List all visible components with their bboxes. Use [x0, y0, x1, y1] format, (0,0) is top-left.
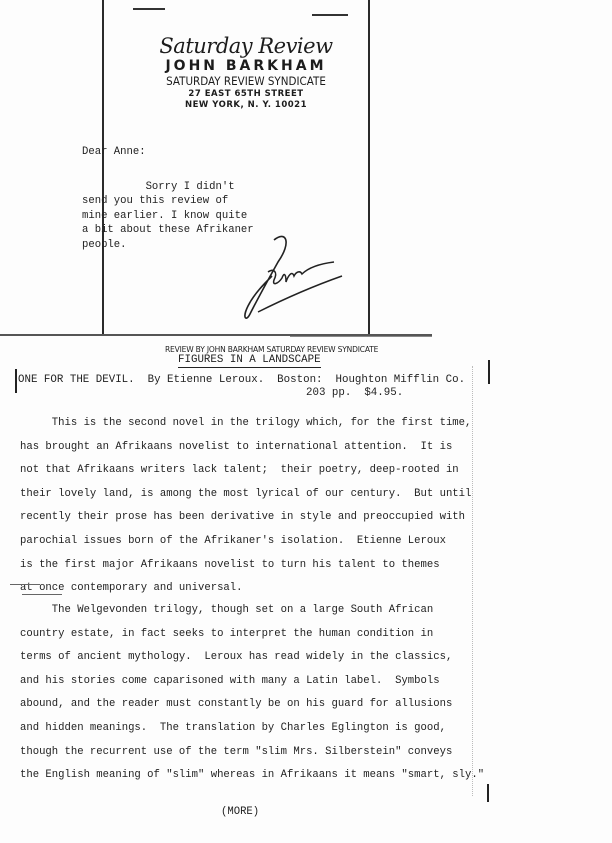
review-paragraph-1: This is the second novel in the trilogy … — [20, 412, 490, 601]
text-line: This is the second novel in the trilogy … — [20, 412, 490, 436]
text-line: recently their prose has been derivative… — [20, 506, 490, 530]
note-line: Sorry I didn't — [82, 180, 342, 195]
margin-bar — [488, 360, 490, 384]
card-edge-mark — [312, 14, 348, 16]
scan-artifact — [10, 584, 40, 585]
text-line: though the recurrent use of the term "sl… — [20, 741, 490, 765]
scan-artifact — [22, 594, 62, 595]
review-paragraph-2: The Welgevonden trilogy, though set on a… — [20, 599, 490, 788]
text-line: is the first major Afrikaans novelist to… — [20, 554, 490, 578]
letterhead-syndicate: SATURDAY REVIEW SYNDICATE — [165, 74, 327, 89]
review-page: REVIEW BY JOHN BARKHAM SATURDAY REVIEW S… — [0, 336, 612, 843]
continuation-marker: (MORE) — [221, 806, 259, 818]
text-line: not that Afrikaans writers lack talent; … — [20, 459, 490, 483]
letterhead: Saturday Review JOHN BARKHAM SATURDAY RE… — [156, 34, 336, 111]
text-line: abound, and the reader must constantly b… — [20, 693, 490, 717]
letterhead-title: Saturday Review — [156, 34, 336, 58]
letterhead-name: JOHN BARKHAM — [156, 58, 336, 74]
text-line: terms of ancient mythology. Leroux has r… — [20, 646, 490, 670]
text-line: their lovely land, is among the most lyr… — [20, 483, 490, 507]
review-header: REVIEW BY JOHN BARKHAM SATURDAY REVIEW S… — [165, 344, 378, 354]
text-line: and his stories come caparisoned with ma… — [20, 670, 490, 694]
text-line: has brought an Afrikaans novelist to int… — [20, 436, 490, 460]
signature-icon — [238, 232, 348, 322]
note-line: mine earlier. I know quite — [82, 209, 342, 224]
text-line: and hidden meanings. The translation by … — [20, 717, 490, 741]
text-line: parochial issues born of the Afrikaner's… — [20, 530, 490, 554]
bibliographic-line: ONE FOR THE DEVIL. By Etienne Leroux. Bo… — [18, 374, 465, 387]
margin-bar — [15, 369, 17, 393]
text-line: at once contemporary and universal. — [20, 577, 490, 601]
bibliographic-price: 203 pp. $4.95. — [306, 387, 403, 400]
card-edge-mark — [133, 8, 165, 10]
text-line: country estate, in fact seeks to interpr… — [20, 623, 490, 647]
letterhead-address-1: 27 EAST 65TH STREET — [156, 89, 336, 100]
text-line: The Welgevonden trilogy, though set on a… — [20, 599, 490, 623]
text-line: the English meaning of "slim" whereas in… — [20, 764, 490, 788]
review-title: FIGURES IN A LANDSCAPE — [178, 354, 321, 368]
note-salutation: Dear Anne: — [82, 145, 342, 160]
letterhead-address-2: NEW YORK, N. Y. 10021 — [156, 100, 336, 111]
note-line: send you this review of — [82, 194, 342, 209]
